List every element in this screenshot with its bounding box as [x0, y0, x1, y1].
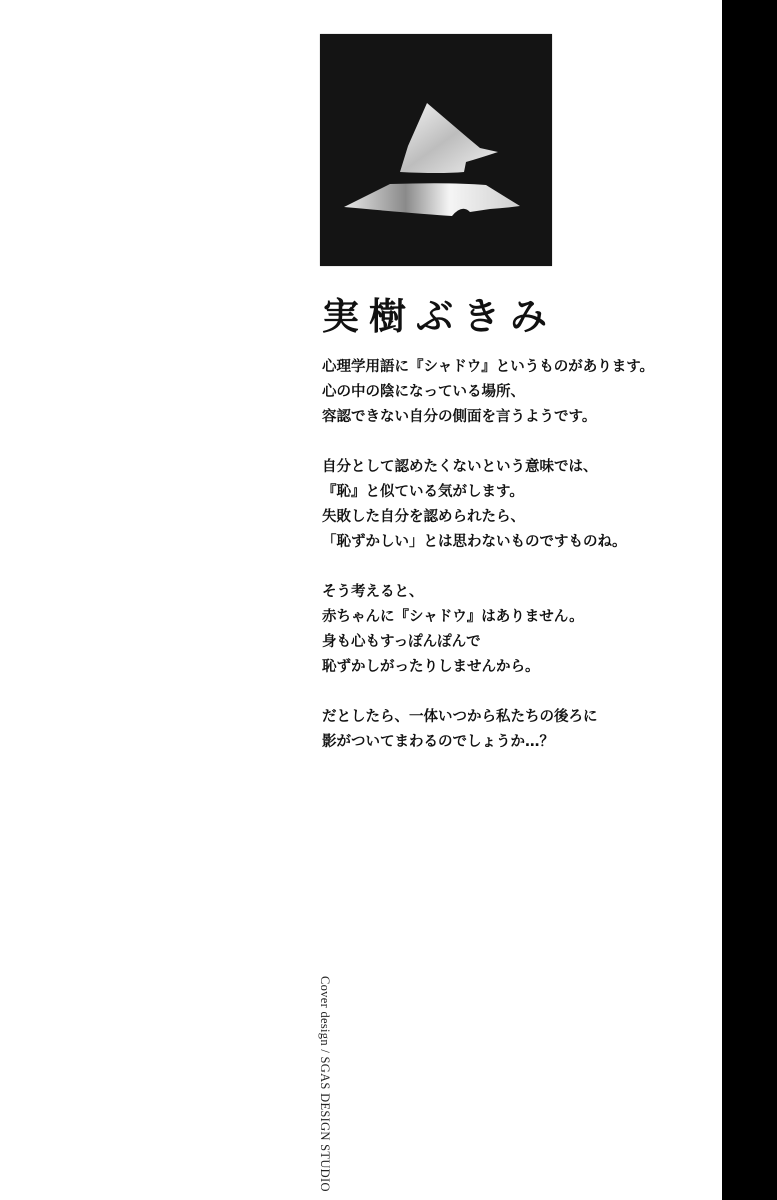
bio-line: 心の中の陰になっている場所、: [322, 380, 712, 405]
bio-line: 『恥』と似ている気がします。: [322, 480, 712, 505]
bio-line: そう考えると、: [322, 580, 712, 605]
bio-paragraph: だとしたら、一体いつから私たちの後ろに 影がついてまわるのでしょうか…？: [322, 705, 712, 755]
author-photo: [320, 34, 552, 266]
witch-hat-icon: [320, 34, 552, 266]
bio-line: 失敗した自分を認められたら、: [322, 505, 712, 530]
cover-design-credit: Cover design / SGAS DESIGN STUDIO: [317, 976, 332, 1192]
bio-paragraph: 心理学用語に『シャドウ』というものがあります。 心の中の陰になっている場所、 容…: [322, 355, 712, 430]
author-name: 実樹ぶきみ: [322, 292, 557, 342]
bio-paragraph: 自分として認めたくないという意味では、 『恥』と似ている気がします。 失敗した自…: [322, 455, 712, 555]
bio-line: だとしたら、一体いつから私たちの後ろに: [322, 705, 712, 730]
bio-line: 恥ずかしがったりしませんから。: [322, 655, 712, 680]
bio-line: 自分として認めたくないという意味では、: [322, 455, 712, 480]
spine-bar: [722, 0, 777, 1200]
bio-line: 心理学用語に『シャドウ』というものがあります。: [322, 355, 712, 380]
bio-paragraph: そう考えると、 赤ちゃんに『シャドウ』はありません。 身も心もすっぽんぽんで 恥…: [322, 580, 712, 680]
bio-line: 「恥ずかしい」とは思わないものですものね。: [322, 530, 712, 555]
bio-line: 赤ちゃんに『シャドウ』はありません。: [322, 605, 712, 630]
bio-line: 容認できない自分の側面を言うようです。: [322, 405, 712, 430]
author-bio: 心理学用語に『シャドウ』というものがあります。 心の中の陰になっている場所、 容…: [322, 355, 712, 780]
bio-line: 身も心もすっぽんぽんで: [322, 630, 712, 655]
bio-line: 影がついてまわるのでしょうか…？: [322, 730, 712, 755]
